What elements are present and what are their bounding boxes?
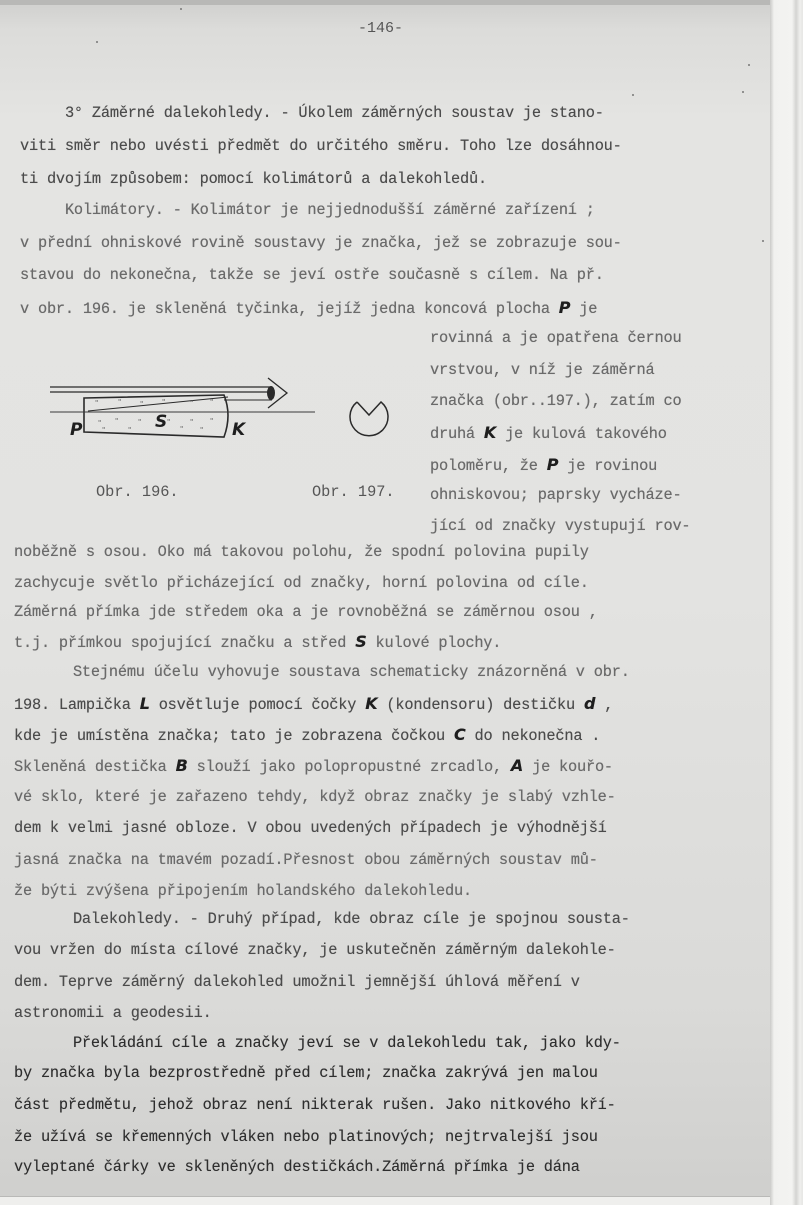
- text-line: vrstvou, v níž je záměrná: [430, 361, 655, 379]
- text-line: astronomii a geodesii.: [14, 1004, 212, 1022]
- text-line: že užívá se křemenných vláken nebo plati…: [14, 1128, 598, 1146]
- text-segment: (kondensoru) destičku: [377, 696, 584, 714]
- text-segment: osvětluje pomocí čočky: [150, 696, 366, 714]
- svg-text:": ": [115, 417, 118, 425]
- text-line: druhá K je kulová takového: [430, 423, 667, 443]
- svg-text:": ": [210, 417, 213, 425]
- text-line: Stejnému účelu vyhovuje soustava schemat…: [46, 663, 630, 681]
- svg-text:": ": [180, 425, 183, 433]
- text-line: dem. Teprve záměrný dalekohled umožnil j…: [14, 973, 580, 991]
- text-line: že býti zvýšena připojením holandského d…: [14, 882, 472, 900]
- text-segment: t.j. přímkou spojující značku a střed: [14, 634, 355, 652]
- symbol-d: d: [584, 694, 595, 713]
- symbol-k: K: [484, 423, 496, 442]
- text-segment: kde je umístěna značka; tato je zobrazen…: [14, 727, 454, 745]
- text-line: 198. Lampička L osvětluje pomocí čočky K…: [14, 694, 613, 714]
- scanned-page: -146- 3° Záměrné dalekohledy. - Úkolem z…: [0, 0, 803, 1205]
- svg-text:": ": [95, 399, 98, 407]
- symbol-p: P: [559, 298, 571, 317]
- page-number: -146-: [358, 20, 403, 37]
- svg-text:": ": [167, 418, 170, 426]
- text-line: Skleněná destička B slouží jako poloprop…: [14, 756, 613, 776]
- text-line: kde je umístěna značka; tato je zobrazen…: [14, 725, 600, 745]
- text-line: noběžně s osou. Oko má takovou polohu, ž…: [14, 543, 589, 561]
- text-line: vou vržen do místa cílové značky, je usk…: [14, 941, 616, 959]
- text-segment: do nekonečna .: [466, 727, 601, 745]
- text-line: část předmětu, jehož obraz není nikterak…: [14, 1096, 616, 1114]
- figure-caption-196: Obr. 196.: [96, 483, 179, 501]
- scan-speck: [762, 240, 764, 242]
- text-segment: je: [570, 300, 597, 318]
- figure-label-p: P: [70, 420, 82, 440]
- svg-text:": ": [102, 426, 105, 434]
- text-segment: je kulová takového: [496, 425, 667, 443]
- svg-text:": ": [190, 418, 193, 426]
- text-line: značka (obr..197.), zatím co: [430, 392, 681, 410]
- text-line: ohniskovou; paprsky vycháze-: [430, 486, 681, 504]
- scan-speck: [748, 64, 750, 66]
- svg-text:": ": [140, 400, 143, 408]
- text-line: dem k velmi jasné obloze. V obou uvedený…: [14, 819, 607, 837]
- text-segment: je rovinou: [558, 457, 657, 475]
- svg-text:": ": [98, 419, 101, 427]
- figure-caption-197: Obr. 197.: [312, 483, 395, 501]
- text-segment: 198. Lampička: [14, 696, 140, 714]
- text-line: Překládání cíle a značky jeví se v dalek…: [46, 1034, 621, 1052]
- text-segment: Skleněná destička: [14, 758, 176, 776]
- symbol-l: L: [140, 694, 150, 713]
- text-line: zachycuje světlo přicházející od značky,…: [14, 574, 589, 592]
- svg-text:": ": [128, 426, 131, 434]
- text-line: stavou do nekonečna, takže se jeví ostře…: [20, 266, 604, 284]
- symbol-s: S: [355, 632, 366, 651]
- text-line: jasná značka na tmavém pozadí.Přesnost o…: [14, 851, 598, 869]
- text-line: Záměrná přímka jde středem oka a je rovn…: [14, 603, 598, 621]
- scan-speck: [180, 8, 182, 10]
- text-line: rovinná a je opatřena černou: [430, 329, 681, 347]
- text-line: Kolimátory. - Kolimátor je nejjednodušší…: [38, 201, 595, 219]
- text-segment: ,: [595, 696, 613, 714]
- scan-speck: [632, 94, 634, 96]
- text-segment: je kouřo-: [523, 758, 613, 776]
- page-top-edge: [0, 0, 790, 5]
- text-line: viti směr nebo uvésti předmět do určitéh…: [20, 137, 622, 155]
- text-line: t.j. přímkou spojující značku a střed S …: [14, 632, 501, 652]
- text-segment: poloměru, že: [430, 457, 547, 475]
- svg-text:": ": [210, 398, 213, 406]
- page-bottom-edge: [0, 1196, 770, 1205]
- text-segment: slouží jako polopropustné zrcadlo,: [188, 758, 511, 776]
- symbol-b: B: [176, 756, 188, 775]
- text-line: Dalekohledy. - Druhý případ, kde obraz c…: [46, 910, 630, 928]
- text-line: 3° Záměrné dalekohledy. - Úkolem záměrný…: [38, 104, 604, 122]
- svg-text:": ": [138, 418, 141, 426]
- scan-speck: [96, 41, 98, 43]
- svg-text:": ": [190, 399, 193, 407]
- text-line: ti dvojím způsobem: pomocí kolimátorů a …: [20, 170, 487, 188]
- text-segment: druhá: [430, 425, 484, 443]
- symbol-c: C: [454, 725, 466, 744]
- scan-speck: [742, 91, 744, 93]
- symbol-p: P: [547, 455, 559, 474]
- figure-label-k: K: [232, 420, 245, 440]
- svg-text:": ": [162, 398, 165, 406]
- text-line: jící od značky vystupují rov-: [430, 517, 690, 535]
- svg-text:": ": [118, 398, 121, 406]
- figure-label-s: S: [155, 412, 167, 432]
- text-line: vé sklo, které je zařazeno tehdy, když o…: [14, 788, 616, 806]
- svg-text:": ": [200, 426, 203, 434]
- symbol-k: K: [365, 694, 377, 713]
- reticle-mark-icon: [345, 397, 395, 441]
- text-line: v přední ohniskové rovině soustavy je zn…: [20, 234, 622, 252]
- text-line: poloměru, že P je rovinou: [430, 455, 657, 475]
- text-segment: kulové plochy.: [367, 634, 502, 652]
- symbol-a: A: [511, 756, 523, 775]
- page-right-edge: [770, 0, 803, 1205]
- text-line: by značka byla bezprostředně před cílem;…: [14, 1064, 598, 1082]
- text-segment: v obr. 196. je skleněná tyčinka, jejíž j…: [20, 300, 559, 318]
- text-line: vyleptané čárky ve skleněných destičkách…: [14, 1158, 580, 1176]
- text-line: v obr. 196. je skleněná tyčinka, jejíž j…: [20, 298, 597, 318]
